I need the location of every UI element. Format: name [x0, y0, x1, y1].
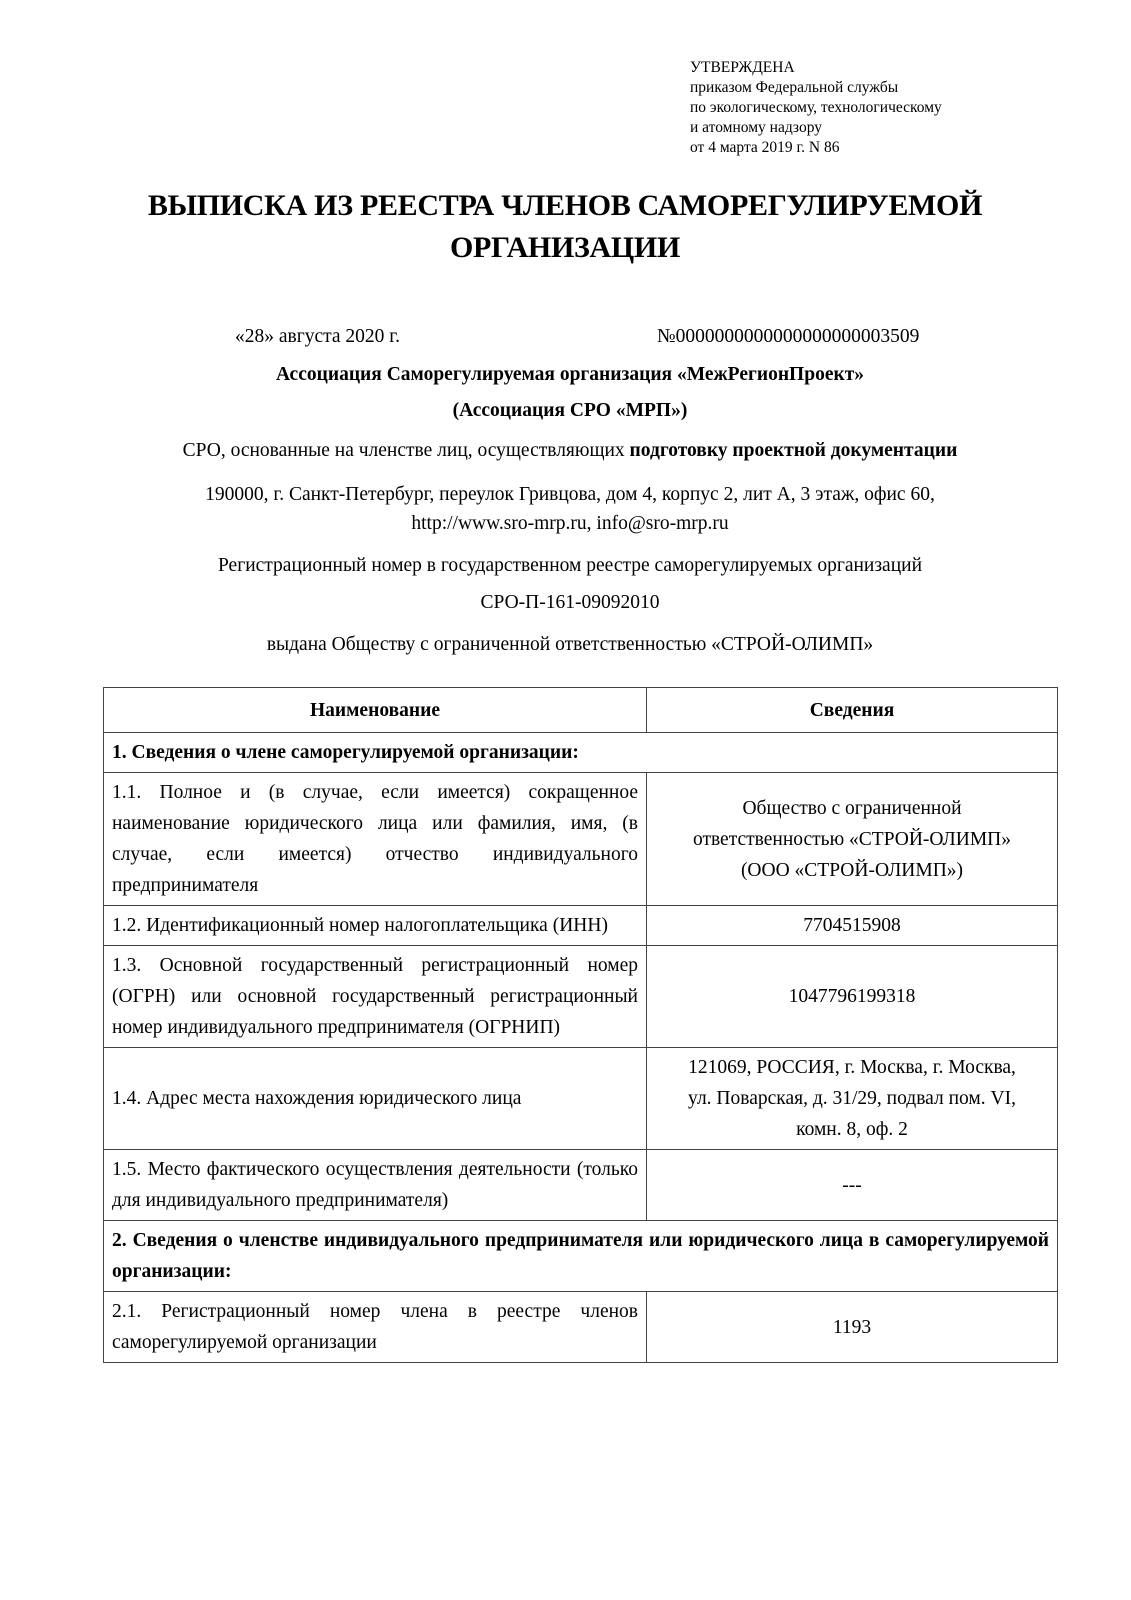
row-label: 1.3. Основной государственный регистраци…: [104, 946, 647, 1048]
row-label: 1.1. Полное и (в случае, если имеется) с…: [104, 773, 647, 906]
row-label: 1.4. Адрес места нахождения юридического…: [104, 1048, 647, 1150]
section-row: 2. Сведения о членстве индивидуального п…: [104, 1221, 1058, 1292]
row-value: 7704515908: [647, 906, 1058, 946]
row-value: 121069, РОССИЯ, г. Москва, г. Москва, ул…: [647, 1048, 1058, 1150]
section-1-title: 1. Сведения о члене саморегулируемой орг…: [104, 733, 1058, 773]
row-label: 2.1. Регистрационный номер члена в реест…: [104, 1292, 647, 1363]
document-number: №0000000000000000000003509: [657, 324, 919, 350]
approval-line: и атомному надзору: [690, 118, 942, 138]
value-line: 121069, РОССИЯ, г. Москва, г. Москва,: [655, 1052, 1049, 1083]
approval-line: УТВЕРЖДЕНА: [690, 58, 942, 78]
table-row: 1.1. Полное и (в случае, если имеется) с…: [104, 773, 1058, 906]
section-2-title: 2. Сведения о членстве индивидуального п…: [104, 1221, 1058, 1292]
value-line: комн. 8, оф. 2: [655, 1114, 1049, 1145]
value-line: ул. Поварская, д. 31/29, подвал пом. VI,: [655, 1083, 1049, 1114]
table-header-row: Наименование Сведения: [104, 688, 1058, 733]
row-value: 1193: [647, 1292, 1058, 1363]
value-line: (ООО «СТРОЙ-ОЛИМП»): [655, 855, 1049, 886]
section-row: 1. Сведения о члене саморегулируемой орг…: [104, 733, 1058, 773]
registry-table: Наименование Сведения 1. Сведения о член…: [103, 687, 1058, 1363]
approval-line: приказом Федеральной службы: [690, 78, 942, 98]
table-row: 1.2. Идентификационный номер налогоплате…: [104, 906, 1058, 946]
organization-type-prefix: СРО, основанные на членстве лиц, осущест…: [183, 440, 630, 461]
registry-label: Регистрационный номер в государственном …: [100, 553, 1040, 579]
organization-short-name: (Ассоциация СРО «МРП»): [100, 398, 1040, 424]
table-row: 1.4. Адрес места нахождения юридического…: [104, 1048, 1058, 1150]
title-line: ОРГАНИЗАЦИИ: [100, 227, 1030, 269]
approval-stamp: УТВЕРЖДЕНА приказом Федеральной службы п…: [690, 58, 942, 158]
organization-contacts: http://www.sro-mrp.ru, info@sro-mrp.ru: [100, 511, 1040, 537]
header-value: Сведения: [647, 688, 1058, 733]
table-row: 1.3. Основной государственный регистраци…: [104, 946, 1058, 1048]
row-label: 1.2. Идентификационный номер налогоплате…: [104, 906, 647, 946]
header-name: Наименование: [104, 688, 647, 733]
approval-line: по экологическому, технологическому: [690, 98, 942, 118]
approval-line: от 4 марта 2019 г. N 86: [690, 138, 942, 158]
title-line: ВЫПИСКА ИЗ РЕЕСТРА ЧЛЕНОВ САМОРЕГУЛИРУЕМ…: [100, 185, 1030, 227]
table-row: 2.1. Регистрационный номер члена в реест…: [104, 1292, 1058, 1363]
organization-type: СРО, основанные на членстве лиц, осущест…: [100, 438, 1040, 464]
registry-number: СРО-П-161-09092010: [100, 590, 1040, 616]
document-title: ВЫПИСКА ИЗ РЕЕСТРА ЧЛЕНОВ САМОРЕГУЛИРУЕМ…: [100, 185, 1030, 269]
row-value: Общество с ограниченной ответственностью…: [647, 773, 1058, 906]
organization-full-name: Ассоциация Саморегулируемая организация …: [100, 362, 1040, 388]
table-row: 1.5. Место фактического осуществления де…: [104, 1150, 1058, 1221]
value-line: ответственностью «СТРОЙ-ОЛИМП»: [655, 824, 1049, 855]
issued-to: выдана Обществу с ограниченной ответстве…: [100, 632, 1040, 658]
row-label: 1.5. Место фактического осуществления де…: [104, 1150, 647, 1221]
row-value: 1047796199318: [647, 946, 1058, 1048]
row-value: ---: [647, 1150, 1058, 1221]
organization-address: 190000, г. Санкт-Петербург, переулок Гри…: [100, 482, 1040, 508]
document-date: «28» августа 2020 г.: [235, 324, 400, 350]
organization-type-bold: подготовку проектной документации: [630, 440, 958, 461]
value-line: Общество с ограниченной: [655, 793, 1049, 824]
